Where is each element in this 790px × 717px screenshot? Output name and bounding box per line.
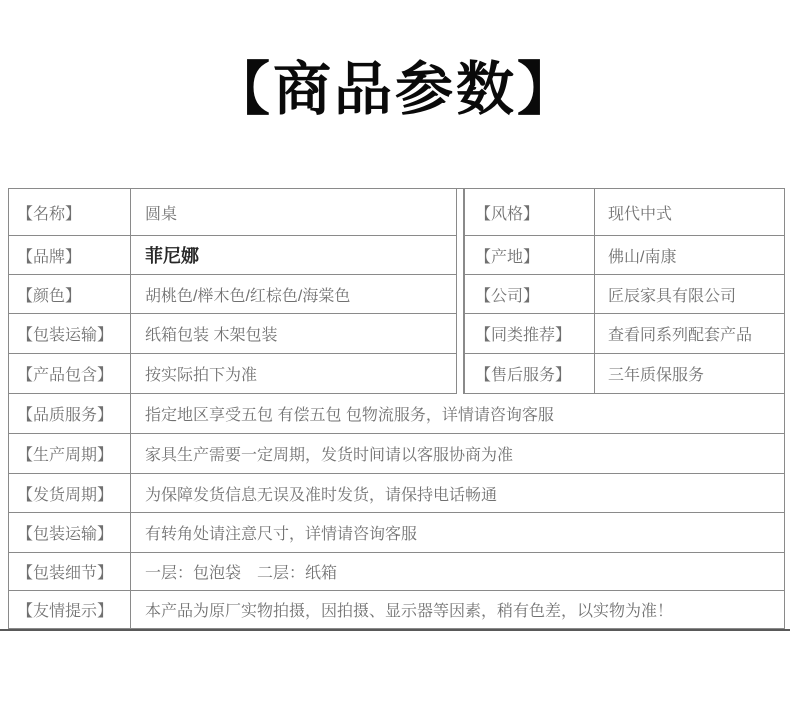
packaging-value: 纸箱包装 木架包装 [130,314,457,354]
name-label: 【名称】 [8,188,130,236]
company-value: 匠辰家具有限公司 [594,275,785,314]
color-value: 胡桃色/榉木色/红棕色/海棠色 [130,275,457,314]
quality-service-label: 【品质服务】 [8,394,130,434]
delivery-cycle-label: 【发货周期】 [8,474,130,513]
delivery-cycle-value: 为保障发货信息无误及准时发货，请保持电话畅通 [130,474,785,513]
color-label: 【颜色】 [8,275,130,314]
friendly-tip-value: 本产品为原厂实物拍摄，因拍摄、显示器等因素，稍有色差，以实物为准！ [130,591,785,629]
parameters-table: 【名称】 圆桌 【风格】 现代中式 【品牌】 菲尼娜 【产地】 佛山/南康 【颜… [8,188,785,629]
includes-value: 按实际拍下为准 [130,354,457,394]
recommend-value: 查看同系列配套产品 [594,314,785,354]
style-value: 现代中式 [594,188,785,236]
quality-service-value: 指定地区享受五包 有偿五包 包物流服务，详情请咨询客服 [130,394,785,434]
packing-detail-label: 【包装细节】 [8,553,130,591]
packing-detail-value: 一层：包泡袋 二层：纸箱 [130,553,785,591]
company-label: 【公司】 [463,275,594,314]
aftersale-label: 【售后服务】 [463,354,594,394]
packaging-label: 【包装运输】 [8,314,130,354]
section-divider [0,629,790,631]
origin-value: 佛山/南康 [594,236,785,275]
origin-label: 【产地】 [463,236,594,275]
production-cycle-label: 【生产周期】 [8,434,130,474]
page-title: 【商品参数】 [0,48,790,132]
includes-label: 【产品包含】 [8,354,130,394]
shipping-note-label: 【包装运输】 [8,513,130,553]
brand-value: 菲尼娜 [130,236,457,275]
aftersale-value: 三年质保服务 [594,354,785,394]
name-value: 圆桌 [130,188,457,236]
style-label: 【风格】 [463,188,594,236]
parameters-table-full-section: 【品质服务】 指定地区享受五包 有偿五包 包物流服务，详情请咨询客服 【生产周期… [8,394,785,629]
parameters-table-top-section: 【名称】 圆桌 【风格】 现代中式 【品牌】 菲尼娜 【产地】 佛山/南康 【颜… [8,188,785,394]
recommend-label: 【同类推荐】 [463,314,594,354]
production-cycle-value: 家具生产需要一定周期，发货时间请以客服协商为准 [130,434,785,474]
shipping-note-value: 有转角处请注意尺寸，详情请咨询客服 [130,513,785,553]
brand-label: 【品牌】 [8,236,130,275]
friendly-tip-label: 【友情提示】 [8,591,130,629]
